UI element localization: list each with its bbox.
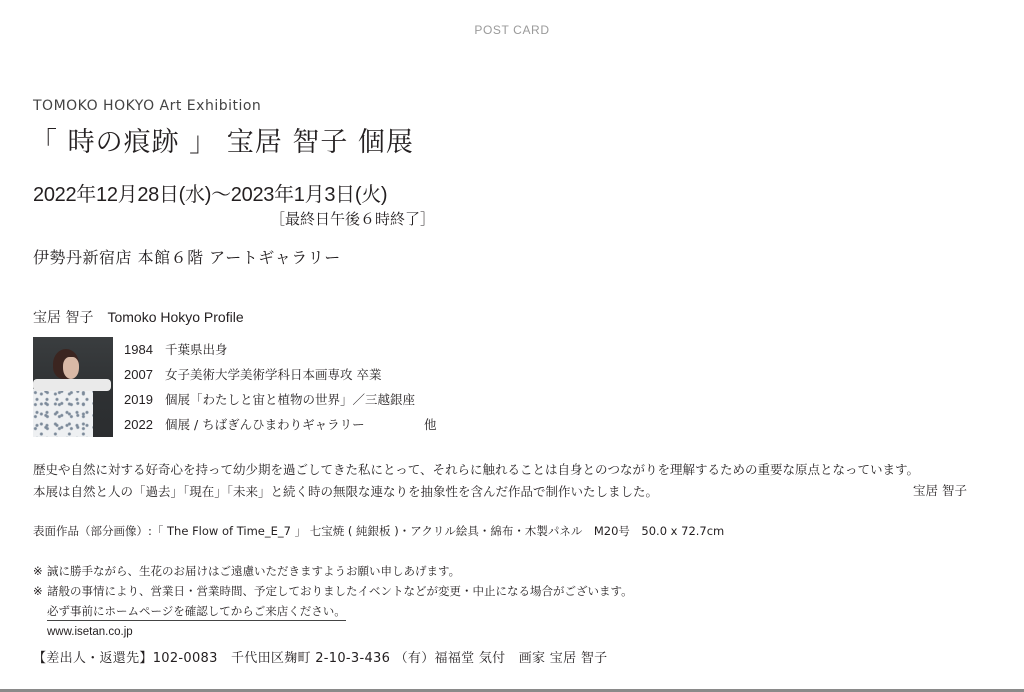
profile-timeline: 1984千葉県出身 2007女子美術大学美術学科日本画専攻 卒業 2019個展「… <box>124 342 415 442</box>
photo-arms-shape <box>33 379 111 391</box>
reference-mark-icon: ※ <box>33 581 47 601</box>
photo-face-shape <box>63 357 79 379</box>
statement-line: 歴史や自然に対する好奇心を持って幼少期を過ごしてきた私にとって、それらに触れるこ… <box>33 459 919 481</box>
return-address: 【差出人・返還先】102-0083 千代田区麹町 2-10-3-436 （有）福… <box>33 647 607 666</box>
exhibition-dates: 2022年12月28日(水)～2023年1月3日(火) <box>33 178 387 207</box>
profile-entry: 2022個展 / ちばぎんひまわりギャラリー 他 <box>124 417 415 442</box>
exhibition-subtitle-en: TOMOKO HOKYO Art Exhibition <box>33 98 261 114</box>
website-row: www.isetan.co.jp <box>33 621 633 642</box>
notice-item: ※諸般の事情により、営業日・営業時間、予定しておりましたイベントなどが変更・中止… <box>33 581 633 601</box>
notices: ※誠に勝手ながら、生花のお届けはご遠慮いただきますようお願い申しあげます。 ※諸… <box>33 561 633 642</box>
profile-entry-text: 個展 / ちばぎんひまわりギャラリー <box>165 417 365 432</box>
notice-text: 誠に勝手ながら、生花のお届けはご遠慮いただきますようお願い申しあげます。 <box>47 564 460 578</box>
postcard-label: POST CARD <box>0 23 1024 37</box>
cover-artwork-credit: 表面作品（部分画像）:「 The Flow of Time_E_7 」 七宝焼 … <box>33 523 724 539</box>
exhibition-title: 「 時の痕跡 」 宝居 智子 個展 <box>30 120 414 159</box>
notice-text: 諸般の事情により、営業日・営業時間、予定しておりましたイベントなどが変更・中止に… <box>47 584 633 598</box>
profile-entry-year: 1984 <box>124 342 165 358</box>
profile-entry-year: 2007 <box>124 367 165 383</box>
profile-entry: 1984千葉県出身 <box>124 342 415 367</box>
profile-entry: 2007女子美術大学美術学科日本画専攻 卒業 <box>124 367 415 392</box>
reference-mark-icon: ※ <box>33 561 47 581</box>
profile-entry-text: 女子美術大学美術学科日本画専攻 卒業 <box>165 367 381 382</box>
statement-line: 本展は自然と人の「過去」「現在」「未来」と続く時の無限な連なりを抽象性を含んだ作… <box>33 481 919 503</box>
website-link[interactable]: www.isetan.co.jp <box>47 626 133 638</box>
profile-entry-text: 個展「わたしと宙と植物の世界」／三越銀座 <box>165 392 415 407</box>
artist-portrait-photo <box>33 337 113 437</box>
photo-artwork-shape <box>33 389 93 437</box>
notice-item: ※誠に勝手ながら、生花のお届けはご遠慮いただきますようお願い申しあげます。 <box>33 561 633 581</box>
profile-entry-year: 2022 <box>124 417 165 433</box>
profile-entry-year: 2019 <box>124 392 165 408</box>
notice-continuation: 必ず事前にホームページを確認してからご来店ください。 <box>33 601 633 621</box>
profile-entry-text: 千葉県出身 <box>165 342 228 357</box>
profile-heading-ja: 宝居 智子 <box>33 310 93 326</box>
profile-heading-en: Tomoko Hokyo Profile <box>107 309 243 325</box>
exhibition-venue: 伊勢丹新宿店 本館６階 アートギャラリー <box>33 245 341 268</box>
profile-heading: 宝居 智子Tomoko Hokyo Profile <box>33 307 244 327</box>
check-website-notice: 必ず事前にホームページを確認してからご来店ください。 <box>47 603 346 621</box>
artist-statement: 歴史や自然に対する好奇心を持って幼少期を過ごしてきた私にとって、それらに触れるこ… <box>33 459 919 503</box>
profile-etc-label: 他 <box>424 417 437 433</box>
closing-time-note: ［最終日午後６時終了］ <box>270 208 435 229</box>
profile-entry: 2019個展「わたしと宙と植物の世界」／三越銀座 <box>124 392 415 417</box>
statement-signature: 宝居 智子 <box>913 481 967 499</box>
